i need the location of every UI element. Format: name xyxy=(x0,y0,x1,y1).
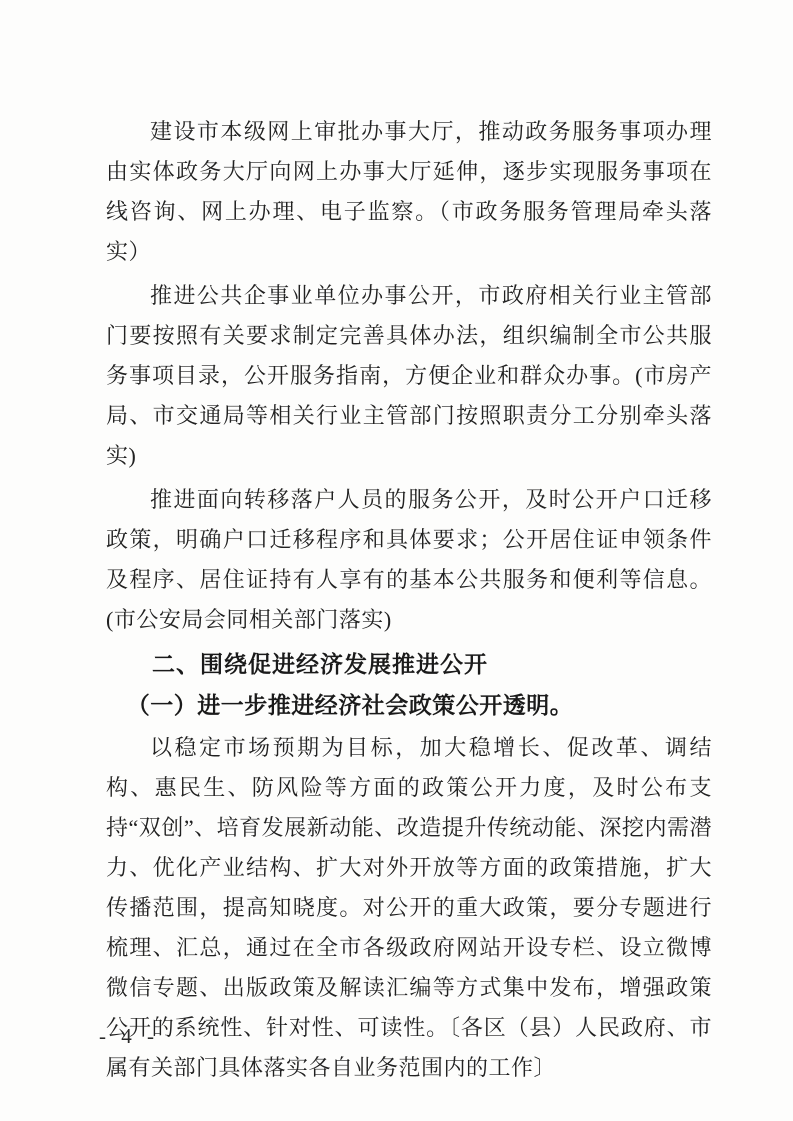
paragraph-online-approval-hall: 建设市本级网上审批办事大厅，推动政务服务事项办理由实体政务大厅向网上办事大厅延伸… xyxy=(106,112,712,272)
paragraph-household-registration-services: 推进面向转移落户人员的服务公开，及时公开户口迁移政策，明确户口迁移程序和具体要求… xyxy=(106,480,712,640)
paragraph-economic-policy-openness: 以稳定市场预期为目标，加大稳增长、促改革、调结构、惠民生、防风险等方面的政策公开… xyxy=(106,728,712,1088)
page-number: - 4 - xyxy=(99,1024,159,1049)
document-page: 建设市本级网上审批办事大厅，推动政务服务事项办理由实体政务大厅向网上办事大厅延伸… xyxy=(0,0,793,1121)
section-heading: 二、围绕促进经济发展推进公开 xyxy=(106,644,712,684)
subsection-heading: （一）进一步推进经济社会政策公开透明。 xyxy=(106,686,712,726)
paragraph-public-enterprise-openness: 推进公共企事业单位办事公开，市政府相关行业主管部门要按照有关要求制定完善具体办法… xyxy=(106,276,712,476)
document-content: 建设市本级网上审批办事大厅，推动政务服务事项办理由实体政务大厅向网上办事大厅延伸… xyxy=(106,112,712,1092)
